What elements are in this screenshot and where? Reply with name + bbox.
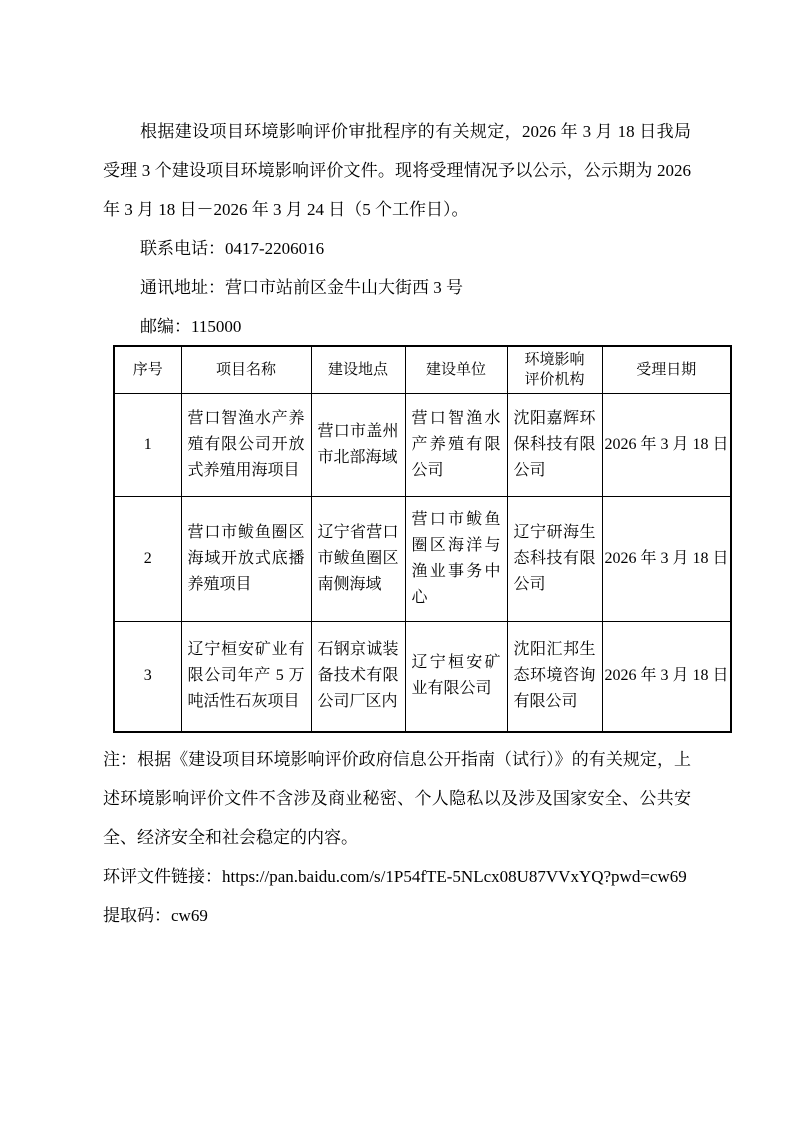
project-no: 1 [114,393,181,496]
extraction-code-label: 提取码： [103,906,171,925]
project-location: 辽宁省营口市鲅鱼圈区南侧海域 [311,496,405,621]
project-agency: 辽宁研海生态科技有限公司 [507,496,602,621]
project-date: 2026 年 3 月 18 日 [602,621,731,732]
contact-phone-label: 联系电话： [140,239,225,258]
contact-address-value: 营口市站前区金牛山大街西 3 号 [225,278,463,297]
contact-phone-value: 0417-2206016 [225,239,324,258]
col-header-unit: 建设单位 [405,346,507,393]
col-header-date: 受理日期 [602,346,731,393]
project-agency: 沈阳汇邦生态环境咨询有限公司 [507,621,602,732]
project-name: 营口市鲅鱼圈区海域开放式底播养殖项目 [181,496,311,621]
extraction-code-value: cw69 [171,906,208,925]
document-page: 根据建设项目环境影响评价审批程序的有关规定，2026 年 3 月 18 日我局受… [103,112,691,935]
table-row: 1 营口智渔水产养殖有限公司开放式养殖用海项目 营口市盖州市北部海域 营口智渔水… [114,393,731,496]
project-unit: 辽宁桓安矿业有限公司 [405,621,507,732]
table-row: 2 营口市鲅鱼圈区海域开放式底播养殖项目 辽宁省营口市鲅鱼圈区南侧海域 营口市鲅… [114,496,731,621]
intro-paragraph: 根据建设项目环境影响评价审批程序的有关规定，2026 年 3 月 18 日我局受… [103,112,691,229]
col-header-agency: 环境影响 评价机构 [507,346,602,393]
project-name: 辽宁桓安矿业有限公司年产 5 万吨活性石灰项目 [181,621,311,732]
project-date: 2026 年 3 月 18 日 [602,393,731,496]
contact-address-line: 通讯地址：营口市站前区金牛山大街西 3 号 [103,268,691,307]
project-date: 2026 年 3 月 18 日 [602,496,731,621]
project-location: 营口市盖州市北部海域 [311,393,405,496]
project-unit: 营口市鲅鱼圈区海洋与渔业事务中心 [405,496,507,621]
project-name: 营口智渔水产养殖有限公司开放式养殖用海项目 [181,393,311,496]
acceptance-table: 序号 项目名称 建设地点 建设单位 环境影响 评价机构 受理日期 1 营口智渔水… [113,345,732,733]
contact-postcode-label: 邮编： [140,317,191,336]
project-agency: 沈阳嘉辉环保科技有限公司 [507,393,602,496]
contact-address-label: 通讯地址： [140,278,225,297]
project-location: 石钢京诚装备技术有限公司厂区内 [311,621,405,732]
eia-link-line: 环评文件链接：https://pan.baidu.com/s/1P54fTE-5… [103,857,691,896]
eia-link-label: 环评文件链接： [103,867,222,886]
contact-postcode-value: 115000 [191,317,241,336]
contact-postcode-line: 邮编：115000 [103,307,691,346]
col-header-location: 建设地点 [311,346,405,393]
note-paragraph: 注：根据《建设项目环境影响评价政府信息公开指南（试行）》的有关规定，上述环境影响… [103,740,691,857]
col-header-project-name: 项目名称 [181,346,311,393]
project-no: 3 [114,621,181,732]
contact-phone-line: 联系电话：0417-2206016 [103,229,691,268]
table-header-row: 序号 项目名称 建设地点 建设单位 环境影响 评价机构 受理日期 [114,346,731,393]
project-unit: 营口智渔水产养殖有限公司 [405,393,507,496]
col-header-no: 序号 [114,346,181,393]
extraction-code-line: 提取码：cw69 [103,896,691,935]
project-no: 2 [114,496,181,621]
eia-link-url: https://pan.baidu.com/s/1P54fTE-5NLcx08U… [222,867,687,886]
table-row: 3 辽宁桓安矿业有限公司年产 5 万吨活性石灰项目 石钢京诚装备技术有限公司厂区… [114,621,731,732]
